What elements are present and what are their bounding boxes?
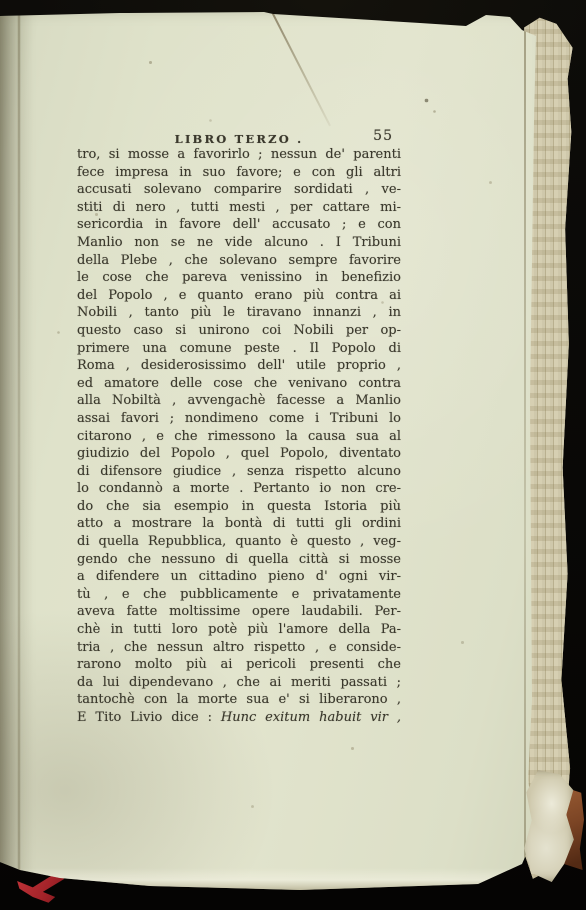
gutter-crease (18, 0, 20, 898)
header-title: LIBRO TERZO . (175, 132, 304, 146)
text-line: atto a mostrare la bontà di tutti gli or… (77, 515, 401, 533)
text-line: aveva fatte moltissime opere laudabili. … (77, 603, 401, 621)
text-line: tantochè con la morte sua e' si liberaro… (77, 691, 401, 709)
text-line: da lui dipendevano , che ai meriti passa… (77, 674, 401, 692)
text-line: Roma , desiderosissimo dell' utile propr… (77, 357, 401, 375)
text-line: giudizio del Popolo , quel Popolo, diven… (77, 445, 401, 463)
text-line: del Popolo , e quanto erano più contra a… (77, 287, 401, 305)
text-line: tù , e che pubblicamente e privatamente (77, 586, 401, 604)
diagonal-crease (271, 12, 331, 127)
header-page-number: 55 (373, 128, 393, 144)
text-line: a difendere un cittadino pieno d' ogni v… (77, 568, 401, 586)
body-text: tro, si mosse a favorirlo ; nessun de' p… (77, 146, 401, 727)
closing-line: E Tito Livio dice : Hunc exitum habuit v… (77, 709, 401, 727)
latin-quote-italic: Hunc exitum habuit vir , (221, 710, 401, 725)
text-line: rarono molto più ai pericoli presenti ch… (77, 656, 401, 674)
book-page: LIBRO TERZO . 55 tro, si mosse a favorir… (0, 0, 542, 898)
text-line: fece impresa in suo favore; e con gli al… (77, 164, 401, 182)
text-line: di quella Repubblica, quanto è questo , … (77, 533, 401, 551)
text-line: della Plebe , che solevano sempre favori… (77, 252, 401, 270)
page-edge-line (524, 26, 526, 862)
closing-roman-text: E Tito Livio dice : (77, 710, 221, 725)
text-line: primere una comune peste . Il Popolo di (77, 340, 401, 358)
text-line: tro, si mosse a favorirlo ; nessun de' p… (77, 146, 401, 164)
text-block: LIBRO TERZO . 55 tro, si mosse a favorir… (77, 128, 401, 727)
text-line: alla Nobiltà , avvengachè facesse a Manl… (77, 392, 401, 410)
text-line: Nobili , tanto più le tiravano innanzi ,… (77, 304, 401, 322)
text-line: do che sia esempio in questa Istoria più (77, 498, 401, 516)
text-lines: tro, si mosse a favorirlo ; nessun de' p… (77, 146, 401, 709)
text-line: le cose che pareva venissino in benefizi… (77, 269, 401, 287)
text-line: chè in tutti loro potè più l'amore della… (77, 621, 401, 639)
text-line: tria , che nessun altro rispetto , e con… (77, 639, 401, 657)
text-line: ed amatore delle cose che venivano contr… (77, 375, 401, 393)
text-line: questo caso si unirono coi Nobili per op… (77, 322, 401, 340)
text-line: accusati solevano comparire sordidati , … (77, 181, 401, 199)
gutter-shadow (0, 0, 34, 898)
text-line: citarono , e che rimessono la causa sua … (77, 428, 401, 446)
text-line: sericordia in favore dell' accusato ; e … (77, 216, 401, 234)
text-line: assai favori ; nondimeno come i Tribuni … (77, 410, 401, 428)
text-line: Manlio non se ne vide alcuno . I Tribuni (77, 234, 401, 252)
text-line: gendo che nessuno di quella città si mos… (77, 551, 401, 569)
text-line: di difensore giudice , senza rispetto al… (77, 463, 401, 481)
text-line: lo condannò a morte . Pertanto io non cr… (77, 480, 401, 498)
page-header: LIBRO TERZO . 55 (77, 128, 401, 146)
text-line: stiti di nero , tutti mesti , per cattar… (77, 199, 401, 217)
